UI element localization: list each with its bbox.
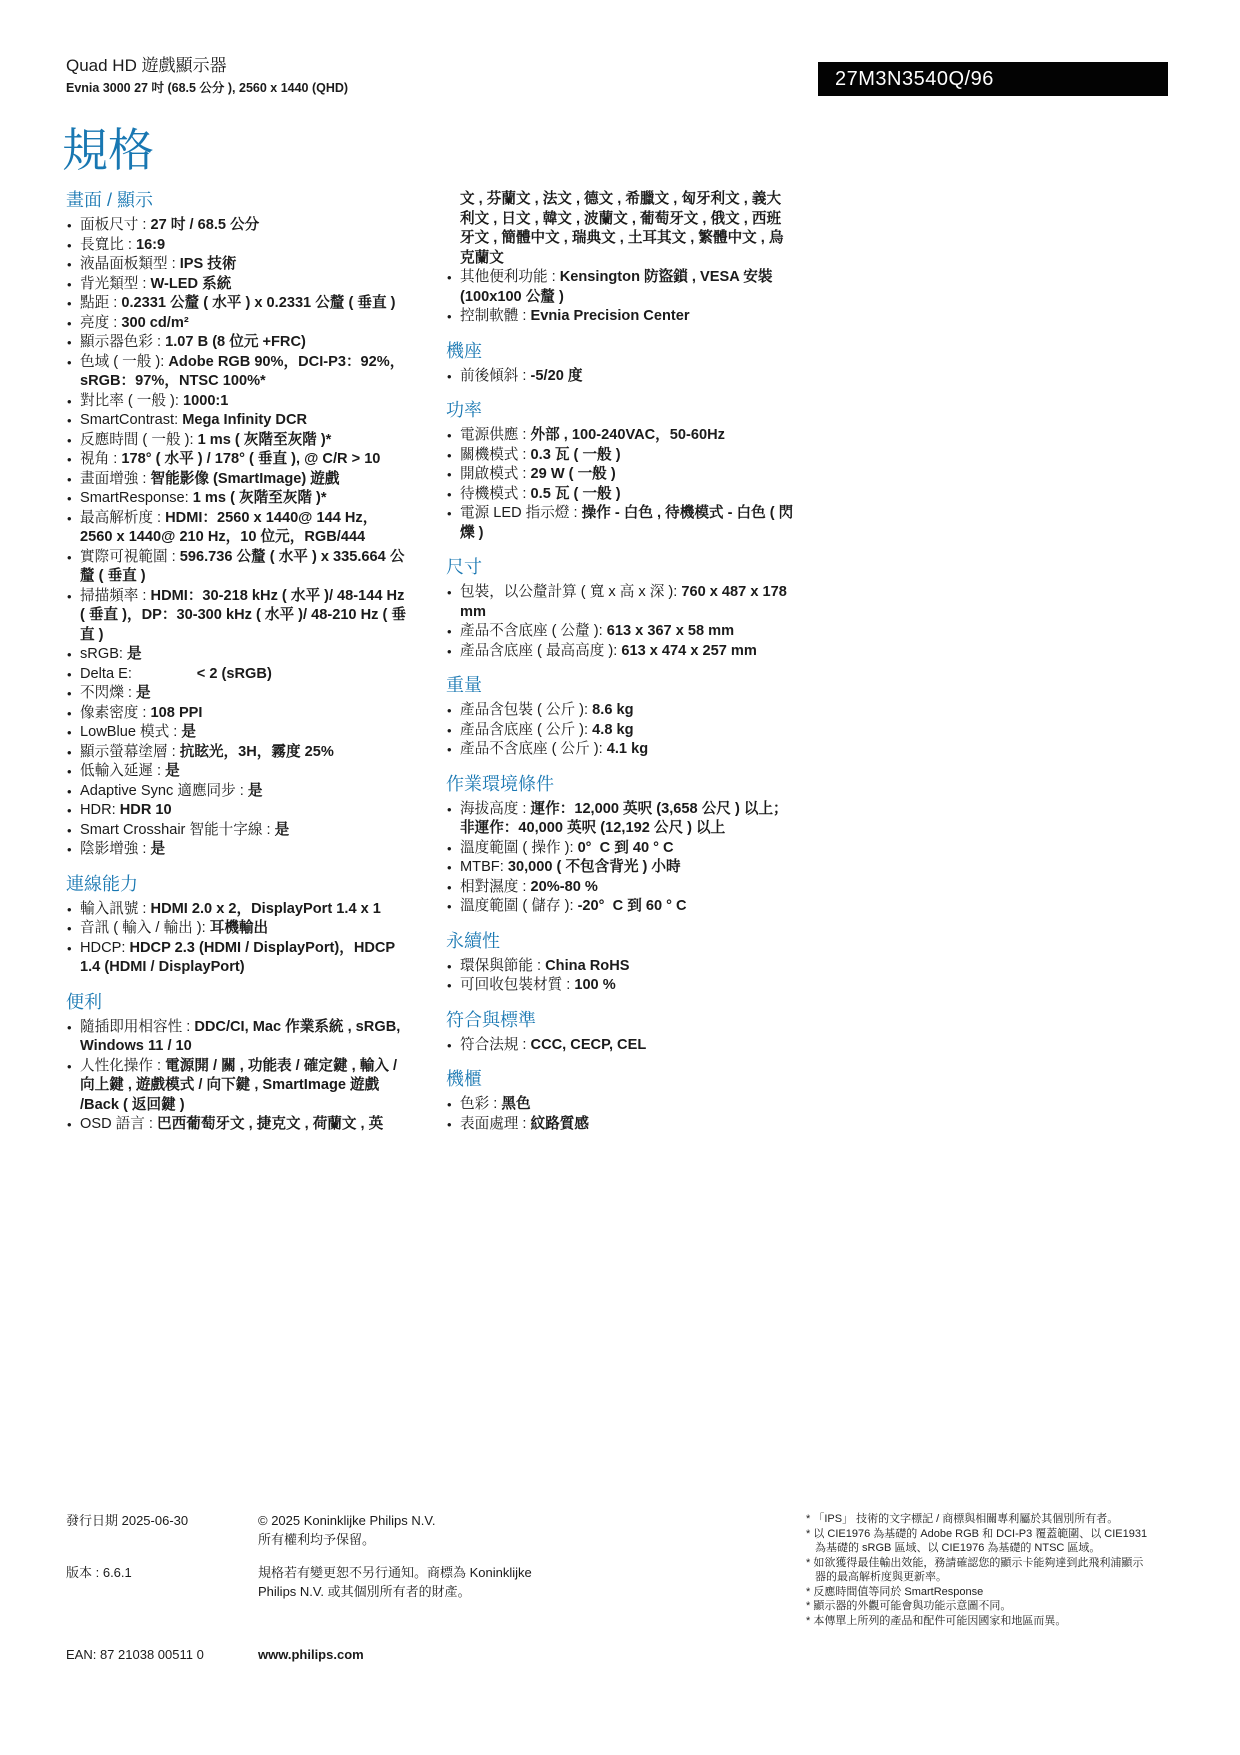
product-line-subtitle: Evnia 3000 27 吋 (68.5 公分 ), 2560 x 1440 … [66, 80, 348, 96]
spec-item-label: 可回收包裝材質 : [460, 977, 574, 993]
spec-item-label: HDR: [80, 802, 120, 818]
spec-item: HDCP: HDCP 2.3 (HDMI / DisplayPort)，HDCP… [66, 939, 406, 978]
spec-item-value: CCC, CECP, CEL [531, 1037, 647, 1053]
spec-section: 便利隨插即用相容性 : DDC/CI, Mac 作業系統 , sRGB, Win… [66, 992, 406, 1135]
footnotes: * 「IPS」 技術的文字標記 / 商標與相關專利屬於其個別所有者。* 以 CI… [806, 1512, 1150, 1628]
spec-item-value: 300 cd/m² [121, 315, 188, 331]
spec-item: 產品不含底座 ( 公釐 ): 613 x 367 x 58 mm [446, 622, 794, 642]
spec-item-label: 亮度 : [80, 315, 121, 331]
spec-item-label: 長寬比 : [80, 237, 136, 253]
spec-item-label: 產品不含底座 ( 公釐 ): [460, 623, 607, 639]
spec-item-value: Mega Infinity DCR [182, 412, 307, 428]
spec-item-label: sRGB: [80, 646, 127, 662]
issue-date: 發行日期 2025-06-30 [66, 1511, 258, 1549]
spec-item-label: 包裝，以公釐計算 ( 寬 x 高 x 深 ): [460, 584, 681, 600]
spec-item: 其他便利功能 : Kensington 防盜鎖 , VESA 安裝 (100x1… [446, 268, 794, 307]
spec-item: sRGB: 是 [66, 645, 406, 665]
spec-item-label: 前後傾斜 : [460, 368, 531, 384]
spec-item-value: W-LED 系統 [151, 276, 232, 292]
spec-item-label: 輸入訊號 : [80, 901, 151, 917]
spec-item: 產品含底座 ( 公斤 ): 4.8 kg [446, 721, 794, 741]
spec-item-label: 其他便利功能 : [460, 269, 560, 285]
spec-list: 環保與節能 : China RoHS可回收包裝材質 : 100 % [446, 957, 794, 996]
spec-item: 畫面增強 : 智能影像 (SmartImage) 遊戲 [66, 470, 406, 490]
spec-item-value: < 2 (sRGB) [136, 666, 272, 682]
spec-section: 機櫃色彩 : 黑色表面處理 : 紋路質感 [446, 1069, 794, 1134]
spec-item-label: 產品不含底座 ( 公斤 ): [460, 741, 607, 757]
spec-item-label: SmartContrast: [80, 412, 182, 428]
spec-item-value: 0.2331 公釐 ( 水平 ) x 0.2331 公釐 ( 垂直 ) [121, 295, 395, 311]
section-title: 符合與標準 [446, 1010, 794, 1031]
spec-item-label: 實際可視範圍 : [80, 549, 180, 565]
spec-item-value: 1 ms ( 灰階至灰階 )* [198, 432, 332, 448]
spec-item-label: 待機模式 : [460, 486, 531, 502]
spec-item-label: 背光類型 : [80, 276, 151, 292]
spec-item: 掃描頻率 : HDMI：30-218 kHz ( 水平 )/ 48-144 Hz… [66, 587, 406, 646]
spec-item-label: LowBlue 模式 : [80, 724, 181, 740]
spec-item-label: 不閃爍 : [80, 685, 136, 701]
spec-item: Adaptive Sync 適應同步 : 是 [66, 782, 406, 802]
spec-item-label: 產品含包裝 ( 公斤 ): [460, 702, 592, 718]
spec-item-label: 產品含底座 ( 最高高度 ): [460, 643, 621, 659]
spec-item-label: 液晶面板類型 : [80, 256, 180, 272]
document-footer: 發行日期 2025-06-30 © 2025 Koninklijke Phili… [66, 1511, 686, 1664]
spec-item-value: 是 [127, 646, 142, 662]
copyright-line1: © 2025 Koninklijke Philips N.V. [258, 1511, 558, 1530]
spec-item: 點距 : 0.2331 公釐 ( 水平 ) x 0.2331 公釐 ( 垂直 ) [66, 294, 406, 314]
spec-item: 陰影增強 : 是 [66, 840, 406, 860]
spec-item: OSD 語言 : 巴西葡萄牙文 , 捷克文 , 荷蘭文 , 英 [66, 1115, 406, 1135]
spec-item: 液晶面板類型 : IPS 技術 [66, 255, 406, 275]
spec-list: 前後傾斜 : -5/20 度 [446, 367, 794, 387]
spec-item-label: Adaptive Sync 適應同步 : [80, 783, 248, 799]
spec-item-label: 相對濕度 : [460, 879, 531, 895]
spec-item-value: 是 [275, 822, 290, 838]
spec-item-label: 環保與節能 : [460, 958, 545, 974]
spec-item-label: 色域 ( 一般 ): [80, 354, 168, 370]
disclaimer: 規格若有變更恕不另行通知。商標為 Koninklijke Philips N.V… [258, 1563, 558, 1601]
spec-list: 隨插即用相容性 : DDC/CI, Mac 作業系統 , sRGB, Windo… [66, 1018, 406, 1135]
spec-item-value: 0° C 到 40 ° C [578, 840, 674, 856]
spec-item-value: 27 吋 / 68.5 公分 [151, 217, 260, 233]
spec-item-label: 面板尺寸 : [80, 217, 151, 233]
spec-item: 長寬比 : 16:9 [66, 236, 406, 256]
spec-item: 低輸入延遲 : 是 [66, 762, 406, 782]
version: 版本 : 6.6.1 [66, 1563, 258, 1601]
section-title: 作業環境條件 [446, 774, 794, 795]
spec-column-left: 畫面 / 顯示面板尺寸 : 27 吋 / 68.5 公分長寬比 : 16:9液晶… [66, 190, 406, 1135]
spec-item: 面板尺寸 : 27 吋 / 68.5 公分 [66, 216, 406, 236]
spec-item-label: MTBF: [460, 859, 508, 875]
spec-list: 面板尺寸 : 27 吋 / 68.5 公分長寬比 : 16:9液晶面板類型 : … [66, 216, 406, 860]
spec-item-value: HDR 10 [120, 802, 172, 818]
spec-item-label: 最高解析度 : [80, 510, 165, 526]
spec-item: 對比率 ( 一般 ): 1000:1 [66, 392, 406, 412]
spec-item: 待機模式 : 0.5 瓦 ( 一般 ) [446, 485, 794, 505]
spec-item-value: 文 , 芬蘭文 , 法文 , 德文 , 希臘文 , 匈牙利文 , 義大利文 , … [460, 191, 784, 266]
spec-item: 相對濕度 : 20%-80 % [446, 878, 794, 898]
spec-item-value: 8.6 kg [592, 702, 633, 718]
spec-item-label: 溫度範圍 ( 儲存 ): [460, 898, 578, 914]
copyright-block: © 2025 Koninklijke Philips N.V. 所有權利均予保留… [258, 1511, 558, 1549]
spec-item: 符合法規 : CCC, CECP, CEL [446, 1036, 794, 1056]
spec-section: 尺寸包裝，以公釐計算 ( 寬 x 高 x 深 ): 760 x 487 x 17… [446, 557, 794, 661]
spec-item-value: China RoHS [545, 958, 629, 974]
spec-item-label: 電源供應 : [460, 427, 531, 443]
spec-section: 重量產品含包裝 ( 公斤 ): 8.6 kg產品含底座 ( 公斤 ): 4.8 … [446, 675, 794, 760]
spec-item-label: 符合法規 : [460, 1037, 531, 1053]
spec-list: 電源供應 : 外部 , 100-240VAC，50-60Hz關機模式 : 0.3… [446, 426, 794, 543]
section-title: 尺寸 [446, 557, 794, 578]
spec-item: SmartContrast: Mega Infinity DCR [66, 411, 406, 431]
page-title: 規格 [62, 126, 154, 174]
spec-item: 亮度 : 300 cd/m² [66, 314, 406, 334]
footnote: * 反應時間值等同於 SmartResponse [806, 1585, 1150, 1600]
spec-section: 機座前後傾斜 : -5/20 度 [446, 341, 794, 387]
spec-section: 文 , 芬蘭文 , 法文 , 德文 , 希臘文 , 匈牙利文 , 義大利文 , … [446, 190, 794, 327]
spec-item-label: OSD 語言 : [80, 1116, 157, 1132]
spec-item-value: 0.5 瓦 ( 一般 ) [531, 486, 621, 502]
spec-item-value: 1.07 B (8 位元 +FRC) [165, 334, 306, 350]
spec-item-label: HDCP: [80, 940, 129, 956]
spec-item: 產品不含底座 ( 公斤 ): 4.1 kg [446, 740, 794, 760]
spec-item: 背光類型 : W-LED 系統 [66, 275, 406, 295]
spec-item: 隨插即用相容性 : DDC/CI, Mac 作業系統 , sRGB, Windo… [66, 1018, 406, 1057]
spec-item: 實際可視範圍 : 596.736 公釐 ( 水平 ) x 335.664 公釐 … [66, 548, 406, 587]
spec-item-label: SmartResponse: [80, 490, 193, 506]
spec-item-value: 4.1 kg [607, 741, 648, 757]
spec-item: 控制軟體 : Evnia Precision Center [446, 307, 794, 327]
spec-item-value: 是 [136, 685, 151, 701]
spec-item-value: 20%-80 % [531, 879, 598, 895]
footnote: * 顯示器的外觀可能會與功能示意圖不同。 [806, 1599, 1150, 1614]
spec-item-label: 陰影增強 : [80, 841, 151, 857]
section-title: 畫面 / 顯示 [66, 190, 406, 211]
spec-item-value: -5/20 度 [531, 368, 583, 384]
spec-list: 輸入訊號 : HDMI 2.0 x 2，DisplayPort 1.4 x 1音… [66, 900, 406, 978]
spec-item: 溫度範圍 ( 儲存 ): -20° C 到 60 ° C [446, 897, 794, 917]
product-family-title: Quad HD 遊戲顯示器 [66, 55, 348, 77]
spec-item-value: HDMI 2.0 x 2，DisplayPort 1.4 x 1 [151, 901, 381, 917]
spec-item: 電源 LED 指示燈 : 操作 - 白色 , 待機模式 - 白色 ( 閃爍 ) [446, 504, 794, 543]
spec-item-label: 反應時間 ( 一般 ): [80, 432, 198, 448]
spec-item: 反應時間 ( 一般 ): 1 ms ( 灰階至灰階 )* [66, 431, 406, 451]
spec-item: Smart Crosshair 智能十字線 : 是 [66, 821, 406, 841]
document-header: Quad HD 遊戲顯示器 Evnia 3000 27 吋 (68.5 公分 )… [66, 55, 348, 96]
section-title: 永續性 [446, 931, 794, 952]
spec-list: 包裝，以公釐計算 ( 寬 x 高 x 深 ): 760 x 487 x 178 … [446, 583, 794, 661]
spec-item: 電源供應 : 外部 , 100-240VAC，50-60Hz [446, 426, 794, 446]
section-title: 機櫃 [446, 1069, 794, 1090]
spec-item-label: 畫面增強 : [80, 471, 151, 487]
spec-item-label: 產品含底座 ( 公斤 ): [460, 722, 592, 738]
spec-section: 永續性環保與節能 : China RoHS可回收包裝材質 : 100 % [446, 931, 794, 996]
spec-section: 符合與標準符合法規 : CCC, CECP, CEL [446, 1010, 794, 1056]
spec-item-label: Delta E: [80, 666, 136, 682]
spec-item-label: 像素密度 : [80, 705, 151, 721]
spec-item: 最高解析度 : HDMI：2560 x 1440@ 144 Hz，2560 x … [66, 509, 406, 548]
footer-row-issue: 發行日期 2025-06-30 © 2025 Koninklijke Phili… [66, 1511, 686, 1549]
spec-item-value: 紋路質感 [531, 1116, 589, 1132]
spec-item-value: 是 [181, 724, 196, 740]
spec-item-label: 音訊 ( 輸入 / 輸出 ): [80, 920, 210, 936]
spec-item: 環保與節能 : China RoHS [446, 957, 794, 977]
spec-item-value: -20° C 到 60 ° C [578, 898, 687, 914]
spec-item-label: 溫度範圍 ( 操作 ): [460, 840, 578, 856]
section-title: 便利 [66, 992, 406, 1013]
spec-item-label: 顯示器色彩 : [80, 334, 165, 350]
spec-item: 產品含包裝 ( 公斤 ): 8.6 kg [446, 701, 794, 721]
spec-item-value: IPS 技術 [180, 256, 237, 272]
model-number-badge: 27M3N3540Q/96 [818, 62, 1168, 96]
spec-item-value: 30,000 ( 不包含背光 ) 小時 [508, 859, 681, 875]
spec-item-value: 1 ms ( 灰階至灰階 )* [193, 490, 327, 506]
spec-item-value: 108 PPI [151, 705, 203, 721]
spec-list: 色彩 : 黑色表面處理 : 紋路質感 [446, 1095, 794, 1134]
spec-item: 包裝，以公釐計算 ( 寬 x 高 x 深 ): 760 x 487 x 178 … [446, 583, 794, 622]
spec-item-value: 4.8 kg [592, 722, 633, 738]
footnote: * 以 CIE1976 為基礎的 Adobe RGB 和 DCI-P3 覆蓋範圍… [806, 1527, 1150, 1556]
spec-item: 顯示器色彩 : 1.07 B (8 位元 +FRC) [66, 333, 406, 353]
spec-item: 產品含底座 ( 最高高度 ): 613 x 474 x 257 mm [446, 642, 794, 662]
footnote: * 本傳單上所列的產品和配件可能因國家和地區而異。 [806, 1614, 1150, 1629]
spec-item: 溫度範圍 ( 操作 ): 0° C 到 40 ° C [446, 839, 794, 859]
spec-item: 海拔高度 : 運作：12,000 英呎 (3,658 公尺 ) 以上；非運作：4… [446, 800, 794, 839]
spec-item-value: 1000:1 [183, 393, 228, 409]
spec-item-value: 613 x 474 x 257 mm [621, 643, 757, 659]
spec-item-continuation: 文 , 芬蘭文 , 法文 , 德文 , 希臘文 , 匈牙利文 , 義大利文 , … [446, 190, 794, 268]
ean-code: EAN: 87 21038 00511 0 [66, 1645, 258, 1664]
spec-item-value: 巴西葡萄牙文 , 捷克文 , 荷蘭文 , 英 [157, 1116, 383, 1132]
spec-item-label: 掃描頻率 : [80, 588, 151, 604]
spec-item-value: 16:9 [136, 237, 165, 253]
spec-item-label: 開啟模式 : [460, 466, 531, 482]
spec-item-value: 是 [248, 783, 263, 799]
spec-item-value: 智能影像 (SmartImage) 遊戲 [151, 471, 340, 487]
spec-item: 不閃爍 : 是 [66, 684, 406, 704]
spec-item-value: 抗眩光，3H，霧度 25% [180, 744, 334, 760]
spec-sheet-page: Quad HD 遊戲顯示器 Evnia 3000 27 吋 (68.5 公分 )… [0, 0, 1240, 1755]
spec-item: 表面處理 : 紋路質感 [446, 1115, 794, 1135]
spec-list: 海拔高度 : 運作：12,000 英呎 (3,658 公尺 ) 以上；非運作：4… [446, 800, 794, 917]
spec-item-value: 黑色 [501, 1096, 530, 1112]
spec-item: 關機模式 : 0.3 瓦 ( 一般 ) [446, 446, 794, 466]
spec-item-value: 是 [151, 841, 166, 857]
spec-item-label: 表面處理 : [460, 1116, 531, 1132]
spec-list: 文 , 芬蘭文 , 法文 , 德文 , 希臘文 , 匈牙利文 , 義大利文 , … [446, 190, 794, 327]
section-title: 機座 [446, 341, 794, 362]
spec-item: 可回收包裝材質 : 100 % [446, 976, 794, 996]
section-title: 連線能力 [66, 874, 406, 895]
spec-section: 畫面 / 顯示面板尺寸 : 27 吋 / 68.5 公分長寬比 : 16:9液晶… [66, 190, 406, 860]
spec-item-label: 控制軟體 : [460, 308, 531, 324]
spec-item: 輸入訊號 : HDMI 2.0 x 2，DisplayPort 1.4 x 1 [66, 900, 406, 920]
spec-item: 人性化操作 : 電源開 / 關 , 功能表 / 確定鍵 , 輸入 / 向上鍵 ,… [66, 1057, 406, 1116]
spec-item-value: Evnia Precision Center [531, 308, 690, 324]
spec-item-value: 178° ( 水平 ) / 178° ( 垂直 ), @ C/R > 10 [121, 451, 380, 467]
spec-item-value: 100 % [574, 977, 615, 993]
spec-item-label: Smart Crosshair 智能十字線 : [80, 822, 275, 838]
spec-item: 顯示螢幕塗層 : 抗眩光，3H，霧度 25% [66, 743, 406, 763]
spec-item: 色域 ( 一般 ): Adobe RGB 90%，DCI-P3：92%，sRGB… [66, 353, 406, 392]
spec-item: 開啟模式 : 29 W ( 一般 ) [446, 465, 794, 485]
spec-item-label: 色彩 : [460, 1096, 501, 1112]
spec-list: 符合法規 : CCC, CECP, CEL [446, 1036, 794, 1056]
spec-item-value: 0.3 瓦 ( 一般 ) [531, 447, 621, 463]
spec-item: 音訊 ( 輸入 / 輸出 ): 耳機輸出 [66, 919, 406, 939]
spec-item-label: 顯示螢幕塗層 : [80, 744, 180, 760]
spec-item-label: 對比率 ( 一般 ): [80, 393, 183, 409]
spec-item-value: 29 W ( 一般 ) [531, 466, 616, 482]
spec-item: LowBlue 模式 : 是 [66, 723, 406, 743]
spec-item-value: 613 x 367 x 58 mm [607, 623, 734, 639]
spec-item-value: 是 [165, 763, 180, 779]
footer-row-ean: EAN: 87 21038 00511 0 www.philips.com [66, 1645, 686, 1664]
spec-item-value: 耳機輸出 [210, 920, 268, 936]
spec-item: 色彩 : 黑色 [446, 1095, 794, 1115]
website-link[interactable]: www.philips.com [258, 1647, 364, 1662]
footer-row-version: 版本 : 6.6.1 規格若有變更恕不另行通知。商標為 Koninklijke … [66, 1563, 686, 1601]
spec-item: MTBF: 30,000 ( 不包含背光 ) 小時 [446, 858, 794, 878]
spec-item: 像素密度 : 108 PPI [66, 704, 406, 724]
spec-item: 前後傾斜 : -5/20 度 [446, 367, 794, 387]
copyright-line2: 所有權利均予保留。 [258, 1530, 558, 1549]
footnote: * 「IPS」 技術的文字標記 / 商標與相關專利屬於其個別所有者。 [806, 1512, 1150, 1527]
spec-item-label: 點距 : [80, 295, 121, 311]
spec-item-label: 低輸入延遲 : [80, 763, 165, 779]
spec-item-label: 電源 LED 指示燈 : [460, 505, 582, 521]
spec-item-label: 視角 : [80, 451, 121, 467]
spec-item-label: 關機模式 : [460, 447, 531, 463]
spec-column-right: 文 , 芬蘭文 , 法文 , 德文 , 希臘文 , 匈牙利文 , 義大利文 , … [446, 190, 794, 1134]
spec-item-label: 隨插即用相容性 : [80, 1019, 194, 1035]
spec-section: 作業環境條件海拔高度 : 運作：12,000 英呎 (3,658 公尺 ) 以上… [446, 774, 794, 917]
section-title: 功率 [446, 400, 794, 421]
spec-item-label: 人性化操作 : [80, 1058, 165, 1074]
spec-item: SmartResponse: 1 ms ( 灰階至灰階 )* [66, 489, 406, 509]
spec-item: 視角 : 178° ( 水平 ) / 178° ( 垂直 ), @ C/R > … [66, 450, 406, 470]
spec-section: 功率電源供應 : 外部 , 100-240VAC，50-60Hz關機模式 : 0… [446, 400, 794, 543]
spec-item: HDR: HDR 10 [66, 801, 406, 821]
spec-item: Delta E: < 2 (sRGB) [66, 665, 406, 685]
spec-list: 產品含包裝 ( 公斤 ): 8.6 kg產品含底座 ( 公斤 ): 4.8 kg… [446, 701, 794, 760]
spec-item-label: 海拔高度 : [460, 801, 531, 817]
spec-section: 連線能力輸入訊號 : HDMI 2.0 x 2，DisplayPort 1.4 … [66, 874, 406, 978]
section-title: 重量 [446, 675, 794, 696]
footnote: * 如欲獲得最佳輸出效能，務請確認您的顯示卡能夠達到此飛利浦顯示器的最高解析度與… [806, 1556, 1150, 1585]
spec-item-value: 外部 , 100-240VAC，50-60Hz [531, 427, 725, 443]
